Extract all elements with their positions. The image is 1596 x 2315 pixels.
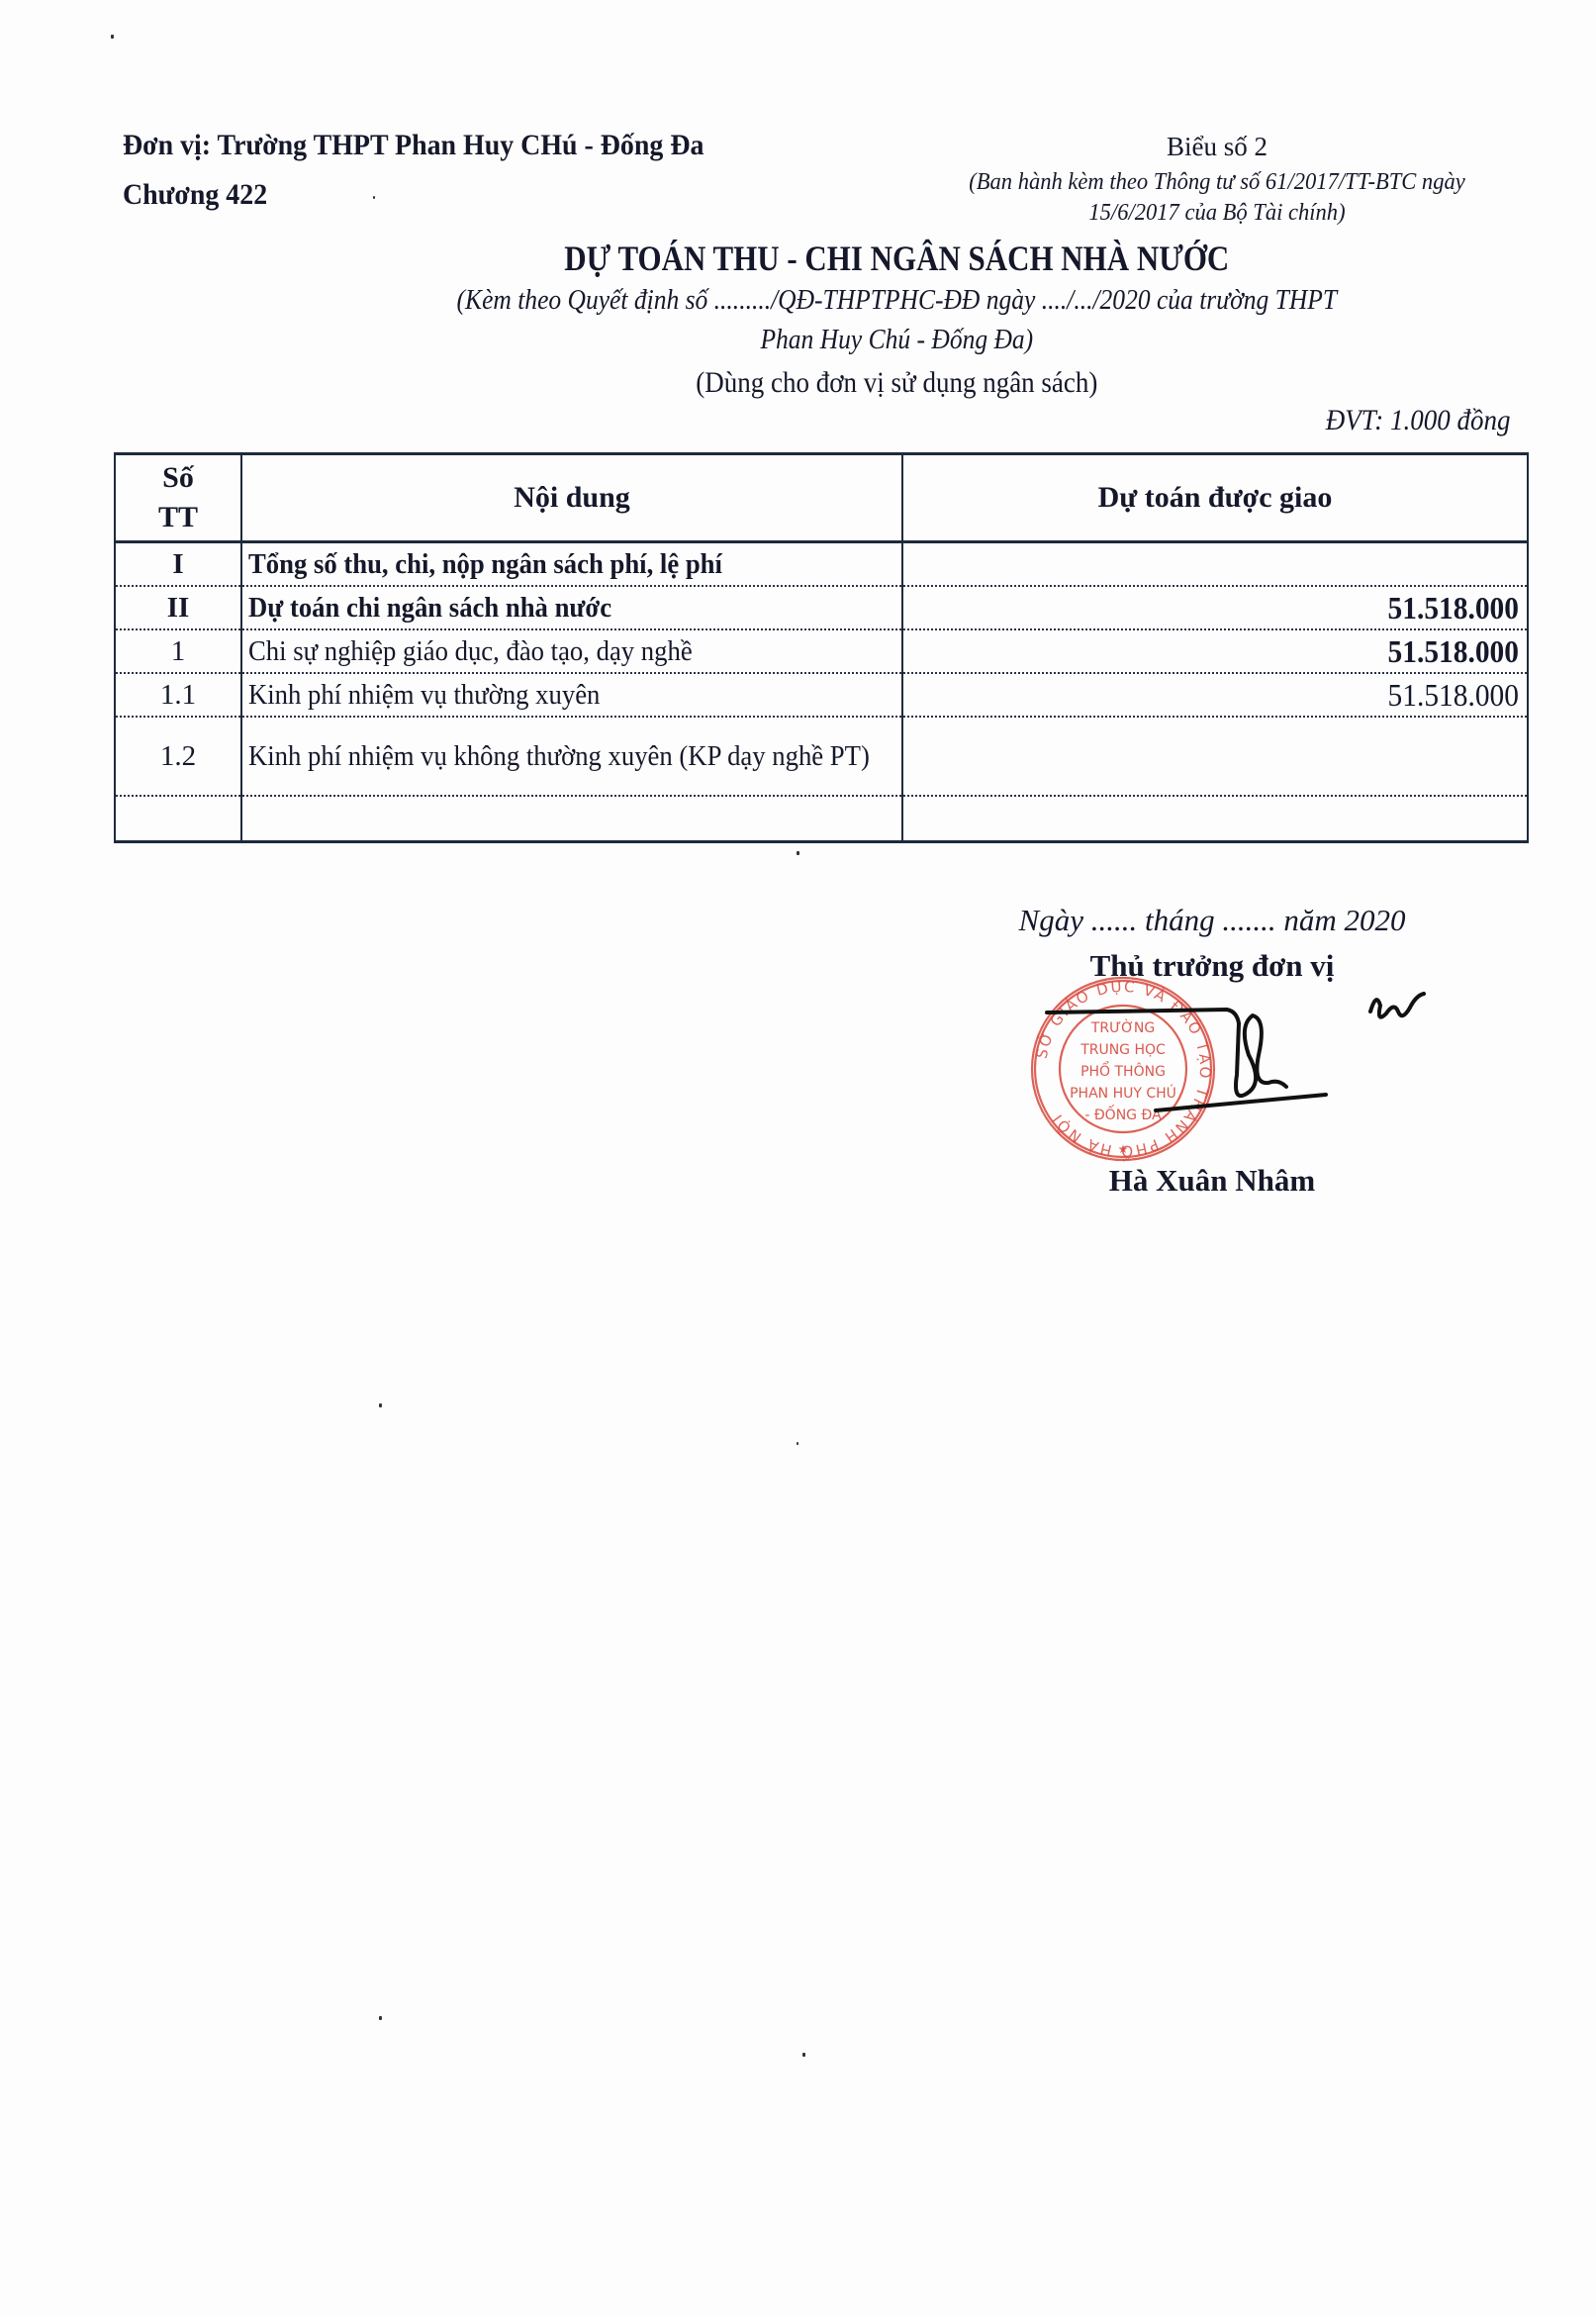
scan-speck bbox=[111, 35, 114, 39]
scan-speck bbox=[373, 196, 375, 199]
table-header-row: Số TT Nội dung Dự toán được giao bbox=[115, 454, 1528, 542]
scan-speck bbox=[797, 851, 799, 855]
scan-speck bbox=[802, 2053, 805, 2057]
row-content: Kinh phí nhiệm vụ thường xuyên bbox=[241, 673, 902, 717]
row-amount-text: 51.518.000 bbox=[1388, 589, 1519, 627]
form-legal-note: (Ban hành kèm theo Thông tư số 61/2017/T… bbox=[898, 168, 1536, 196]
row-content-text: Kinh phí nhiệm vụ không thường xuyên (KP… bbox=[248, 737, 892, 775]
row-amount: 51.518.000 bbox=[902, 673, 1528, 717]
row-amount bbox=[902, 542, 1528, 586]
table-row: I Tổng số thu, chi, nộp ngân sách phí, l… bbox=[115, 542, 1528, 586]
scan-speck bbox=[379, 1403, 382, 1407]
row-content: Chi sự nghiệp giáo dục, đào tạo, dạy ngh… bbox=[241, 629, 902, 673]
row-stt: II bbox=[115, 586, 241, 629]
row-amount-text: 51.518.000 bbox=[1388, 632, 1519, 670]
table-row: 1.1 Kinh phí nhiệm vụ thường xuyên 51.51… bbox=[115, 673, 1528, 717]
row-amount bbox=[902, 796, 1528, 842]
table-row: 1.2 Kinh phí nhiệm vụ không thường xuyên… bbox=[115, 717, 1528, 796]
row-stt: 1.2 bbox=[115, 717, 241, 796]
document-subtitle-2: Phan Huy Chú - Đống Đa) bbox=[108, 324, 1596, 356]
scan-speck bbox=[797, 1442, 798, 1445]
row-content-text: Dự toán chi ngân sách nhà nước bbox=[248, 589, 611, 627]
column-header-amount: Dự toán được giao bbox=[902, 454, 1528, 542]
row-amount: 51.518.000 bbox=[902, 586, 1528, 629]
row-stt: I bbox=[115, 542, 241, 586]
scan-speck bbox=[379, 2016, 382, 2020]
row-content-text: Chi sự nghiệp giáo dục, đào tạo, dạy ngh… bbox=[248, 632, 693, 670]
chapter-code: Chương 422 bbox=[123, 178, 267, 212]
row-amount bbox=[902, 717, 1528, 796]
table-row: II Dự toán chi ngân sách nhà nước 51.518… bbox=[115, 586, 1528, 629]
currency-unit-note: ĐVT: 1.000 đồng bbox=[1326, 404, 1511, 437]
row-amount-text: 51.518.000 bbox=[1388, 676, 1519, 714]
row-content-text: Kinh phí nhiệm vụ thường xuyên bbox=[248, 676, 600, 714]
signer-name: Hà Xuân Nhâm bbox=[975, 1163, 1450, 1199]
document-title: DỰ TOÁN THU - CHI NGÂN SÁCH NHÀ NƯỚC bbox=[126, 238, 1596, 279]
row-content-text: Tổng số thu, chi, nộp ngân sách phí, lệ … bbox=[248, 545, 722, 583]
row-stt bbox=[115, 796, 241, 842]
stt-header-line1: Số bbox=[122, 458, 235, 498]
row-stt: 1.1 bbox=[115, 673, 241, 717]
usage-note: (Dùng cho đơn vị sử dụng ngân sách) bbox=[90, 366, 1596, 400]
column-header-content: Nội dung bbox=[241, 454, 902, 542]
column-header-stt: Số TT bbox=[115, 454, 241, 542]
unit-name: Đơn vị: Trường THPT Phan Huy CHú - Đống … bbox=[123, 129, 704, 162]
form-code: Biểu số 2 bbox=[989, 132, 1445, 162]
row-amount: 51.518.000 bbox=[902, 629, 1528, 673]
table-row: 1 Chi sự nghiệp giáo dục, đào tạo, dạy n… bbox=[115, 629, 1528, 673]
handwritten-signature-icon bbox=[1039, 950, 1435, 1148]
row-content bbox=[241, 796, 902, 842]
form-legal-note-2: 15/6/2017 của Bộ Tài chính) bbox=[898, 199, 1536, 227]
table-row bbox=[115, 796, 1528, 842]
row-content: Tổng số thu, chi, nộp ngân sách phí, lệ … bbox=[241, 542, 902, 586]
row-stt: 1 bbox=[115, 629, 241, 673]
row-content: Kinh phí nhiệm vụ không thường xuyên (KP… bbox=[241, 717, 902, 796]
budget-table: Số TT Nội dung Dự toán được giao I Tổng … bbox=[114, 452, 1529, 843]
document-subtitle: (Kèm theo Quyết định số ........./QĐ-THP… bbox=[108, 284, 1596, 317]
row-content: Dự toán chi ngân sách nhà nước bbox=[241, 586, 902, 629]
stt-header-line2: TT bbox=[122, 498, 235, 537]
signature-date: Ngày ...... tháng ....... năm 2020 bbox=[975, 903, 1450, 938]
